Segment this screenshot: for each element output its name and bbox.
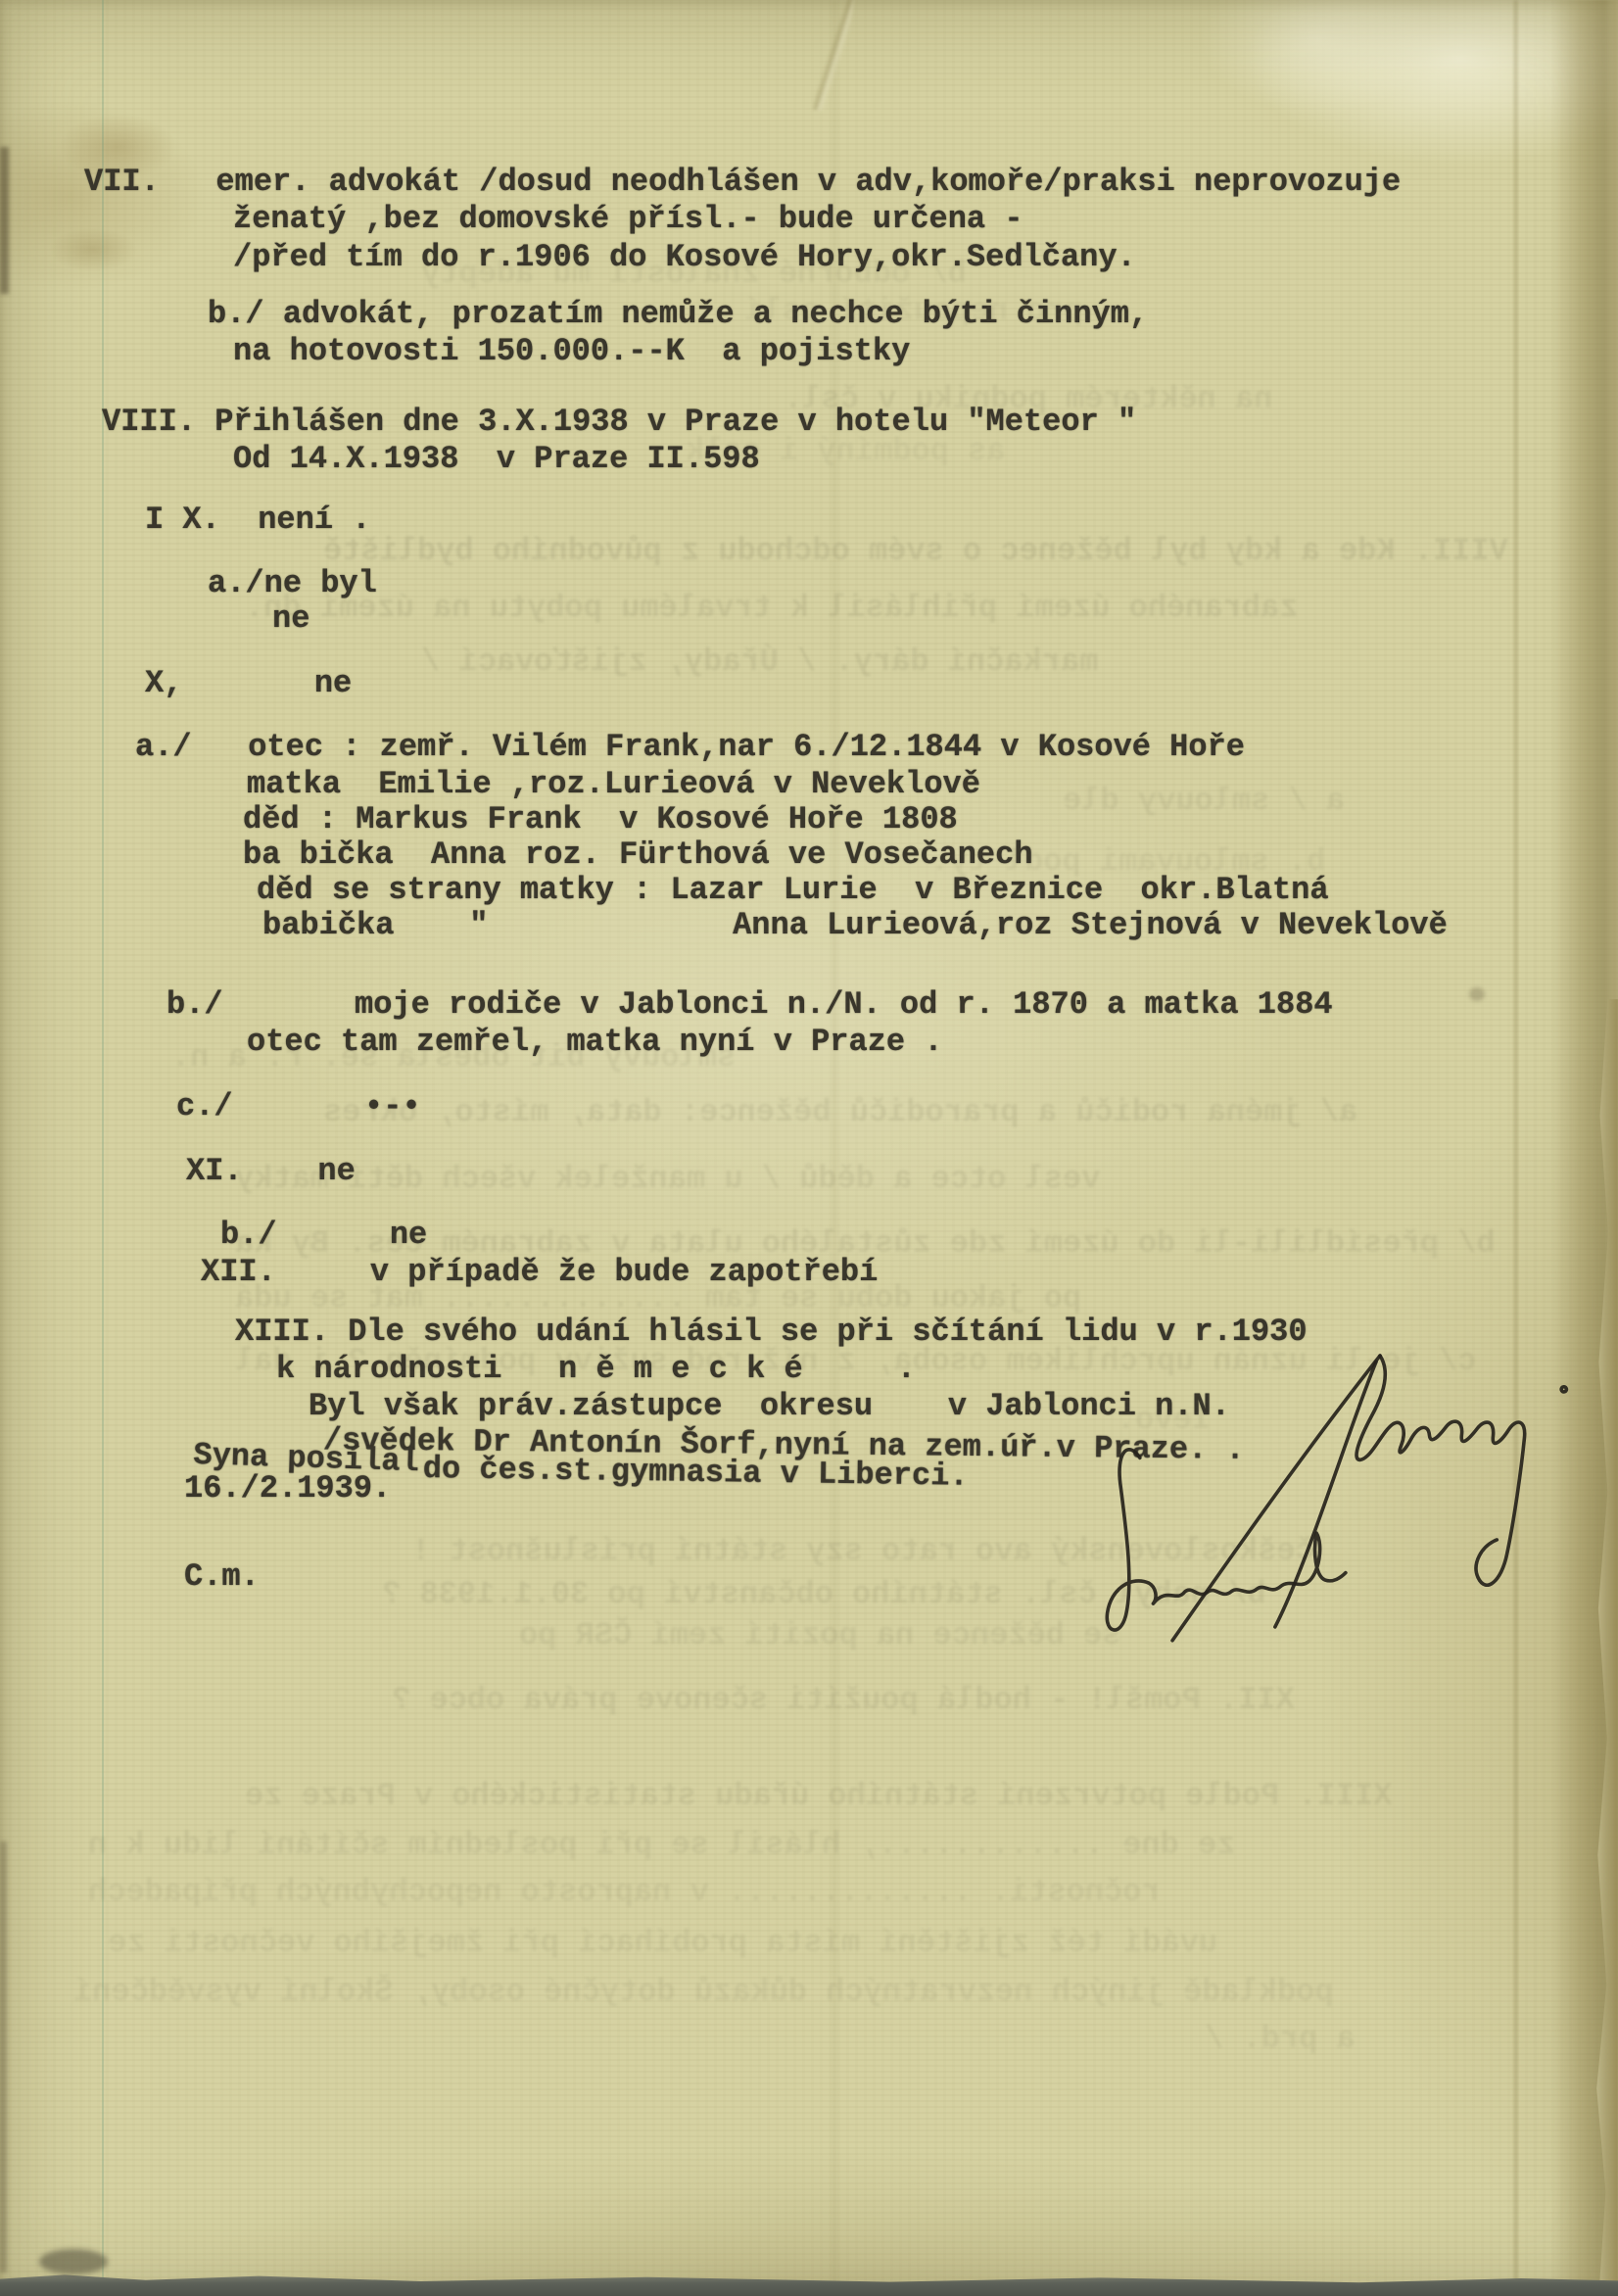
typed-line: c./ •-• [176,1089,421,1124]
paper-fleck [1469,987,1485,1001]
bleedthrough-line: a/ jména rodičů a prarodičů běžence: dat… [323,1095,1357,1130]
top-fold-crease [813,0,854,113]
typed-line: k národnosti n ě m e c k é . [276,1352,916,1387]
signature [1025,1332,1618,1715]
typed-line: /před tím do r.1906 do Kosové Hory,okr.S… [233,240,1136,275]
typed-line: ba bička Anna roz. Fürthová ve Vosečanec… [243,837,1033,873]
signature-flourish-2 [1270,1362,1381,1627]
typed-line: 16./2.1939. [184,1471,391,1507]
left-margin-rule [102,0,104,2296]
signature-stroke-franny [1355,1353,1527,1587]
typed-line: do čes.st.gymnasia v Liberci. [422,1452,968,1495]
bleedthrough-line: podkladě jiných nezvratných důkazů dotyč… [73,1975,1334,2010]
typed-line: na hotovosti 150.000.--K a pojistky [233,334,910,369]
typed-line: děd : Markus Frank v Kosové Hoře 1808 [243,802,958,837]
typed-line: babička " Anna Lurieová,roz Stejnová v N… [262,908,1448,943]
typed-line: děd se strany matky : Lazar Lurie v Břez… [257,873,1329,908]
bleedthrough-line: a / smlouvy dle [1063,784,1345,819]
right-edge-crease [1514,0,1517,2296]
bleedthrough-line: ročnosti. ............. v naprosto nepoc… [88,1875,1161,1910]
typed-line: ženatý ,bez domovské přísl.- bude určena… [233,202,1023,237]
signature-stroke-d-evard [1104,1446,1347,1630]
bleedthrough-line: vesl otce a dědů / u manželek všech dětí… [235,1162,1100,1197]
typed-line: Od 14.X.1938 v Praze II.598 [233,442,760,477]
bottom-page-edge [0,2267,1618,2296]
typed-line: X, ne [145,666,352,701]
typed-line: VIII. Přihlášen dne 3.X.1938 v Praze v h… [102,405,1136,440]
typed-line: b./ ne [220,1218,427,1253]
bleedthrough-line: markační dáry. / Úřady, zjišťovací / [421,645,1098,680]
typed-line: a./ne byl [208,566,377,601]
typed-line: a./ otec : zemř. Vilém Frank,nar 6./12.1… [135,730,1245,765]
typed-line: otec tam zemřel, matka nyní v Praze . [247,1025,943,1060]
left-edge-mark [0,1842,7,2272]
bleedthrough-line: uvádí též zjištění místa probíhací při ž… [108,1926,1217,1961]
bleedthrough-line: zabraného území přihlásil k trvalému pob… [245,591,1298,626]
typed-line: b./ advokát, prozatím nemůže a nechce bý… [208,297,1148,332]
typed-line: VII. emer. advokát /dosud neodhlášen v a… [84,165,1401,200]
typed-line: C.m. [184,1559,260,1595]
typed-line: XI. ne [186,1154,356,1189]
left-edge-mark [0,147,9,294]
typed-line: ne [272,601,309,637]
bleedthrough-line: VIII. Kde a kdy byl běženec o svém odcho… [323,534,1508,569]
bleedthrough-line: XIII. Podle potvrzení státního úřadu sta… [245,1779,1392,1814]
bottom-corner-stain [39,2249,108,2274]
document-page: b/ odborné znalosti mu adeptypro nepouži… [0,0,1618,2296]
typed-line: matka Emilie ,roz.Lurieová v Neveklově [247,767,980,802]
signature-flourish-1 [1167,1356,1385,1641]
typed-line: I X. není . [145,502,370,538]
signature-dot [1561,1387,1566,1392]
typed-line: XII. v případě že bude zapotřebí [201,1255,878,1290]
typed-line: b./ moje rodiče v Jablonci n./N. od r. 1… [167,987,1333,1023]
bleedthrough-line: a prd. / [1205,2022,1356,2057]
bleedthrough-line: ze dne ............, hlásil se při posle… [88,1828,1235,1863]
